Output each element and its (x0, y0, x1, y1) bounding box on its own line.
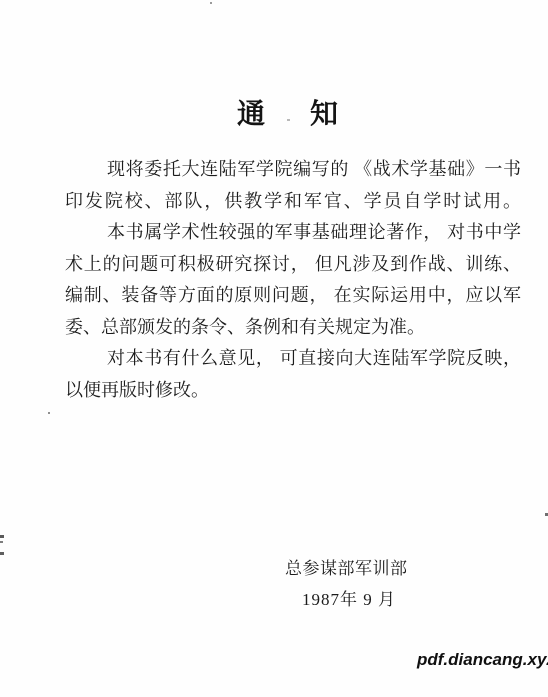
scan-speck (287, 119, 290, 121)
paragraph-2-line-1: 本书属学术性较强的军事基础理论著作， 对书中学 (65, 217, 521, 249)
paragraph-3-line-2: 以便再版时修改。 (65, 375, 521, 407)
paragraph-2-line-3: 编制、装备等方面的原则问题， 在实际运用中，应以军 (65, 280, 521, 312)
paragraph-2-line-2: 术上的问题可积极研究探讨， 但凡涉及到作战、训练、 (65, 249, 521, 281)
paragraph-1-line-1: 现将委托大连陆军学院编写的 《战术学基础》一书 (65, 154, 521, 186)
scan-speck (0, 552, 4, 555)
scan-speck (48, 412, 50, 414)
paragraph-2-line-4: 委、总部颁发的条令、条例和有关规定为准。 (65, 312, 521, 344)
scan-speck (0, 541, 3, 543)
scanned-page: 通知 现将委托大连陆军学院编写的 《战术学基础》一书 印发院校、部队，供教学和军… (0, 0, 548, 697)
signature-department: 总参谋部军训部 (285, 558, 408, 580)
signature-date: 1987年 9 月 (302, 589, 396, 611)
scan-speck (0, 535, 4, 538)
watermark-text: pdf.diancang.xyz (417, 650, 548, 670)
paragraph-3-line-1: 对本书有什么意见， 可直接向大连陆军学院反映， (65, 343, 521, 375)
paragraph-1-line-2: 印发院校、部队，供教学和军官、学员自学时试用。 (65, 186, 521, 218)
notice-body: 现将委托大连陆军学院编写的 《战术学基础》一书 印发院校、部队，供教学和军官、学… (65, 154, 521, 406)
page-title: 通知 (237, 99, 383, 129)
scan-speck (210, 2, 212, 4)
